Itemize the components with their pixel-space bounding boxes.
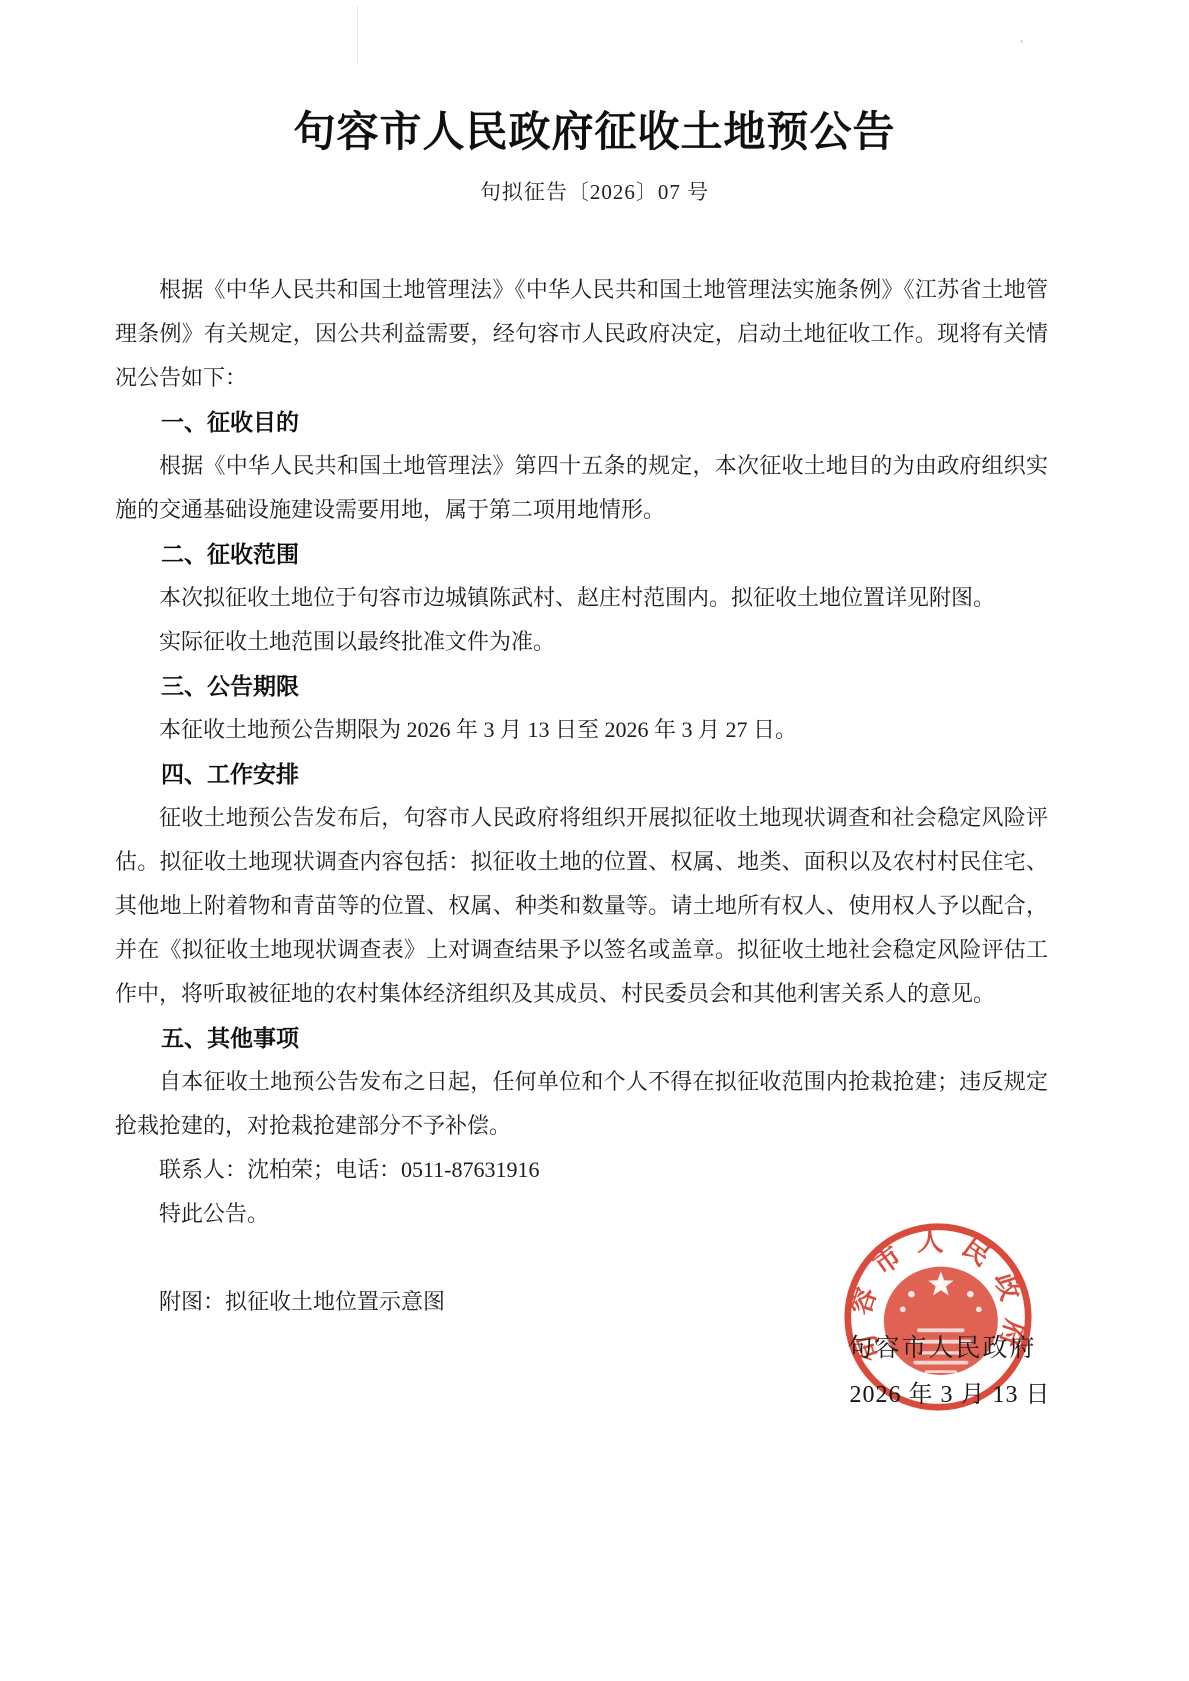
section-heading-other: 五、其他事项	[115, 1016, 1048, 1060]
document-title: 句容市人民政府征收土地预公告	[0, 0, 1189, 161]
signature-issuer: 句容市人民政府	[812, 1328, 1072, 1364]
scan-artifact-speck	[1020, 40, 1023, 43]
document-number: 句拟征告〔2026〕07 号	[0, 175, 1189, 209]
section-paragraph: 征收土地预公告发布后，句容市人民政府将组织开展拟征收土地现状调查和社会稳定风险评…	[115, 796, 1048, 1016]
section-paragraph: 实际征收土地范围以最终批准文件为准。	[115, 620, 1048, 664]
document-body: 根据《中华人民共和国土地管理法》《中华人民共和国土地管理法实施条例》《江苏省土地…	[115, 268, 1048, 1236]
signature-date: 2026 年 3 月 13 日	[820, 1374, 1080, 1409]
section-paragraph: 本征收土地预公告期限为 2026 年 3 月 13 日至 2026 年 3 月 …	[115, 708, 1048, 752]
section-paragraph: 自本征收土地预公告发布之日起，任何单位和个人不得在拟征收范围内抢栽抢建；违反规定…	[115, 1060, 1048, 1148]
section-heading-period: 三、公告期限	[115, 664, 1048, 708]
intro-paragraph: 根据《中华人民共和国土地管理法》《中华人民共和国土地管理法实施条例》《江苏省土地…	[115, 268, 1048, 400]
section-paragraph: 本次拟征收土地位于句容市边城镇陈武村、赵庄村范围内。拟征收土地位置详见附图。	[115, 576, 1048, 620]
section-heading-work-plan: 四、工作安排	[115, 752, 1048, 796]
section-heading-purpose: 一、征收目的	[115, 400, 1048, 444]
announcement-document: 句容市人民政府征收土地预公告 句拟征告〔2026〕07 号 根据《中华人民共和国…	[0, 0, 1189, 1681]
section-heading-scope: 二、征收范围	[115, 532, 1048, 576]
scan-artifact-line	[357, 6, 358, 64]
section-paragraph: 根据《中华人民共和国土地管理法》第四十五条的规定，本次征收土地目的为由政府组织实…	[115, 444, 1048, 532]
contact-line: 联系人：沈柏荣；电话：0511-87631916	[115, 1148, 1048, 1192]
